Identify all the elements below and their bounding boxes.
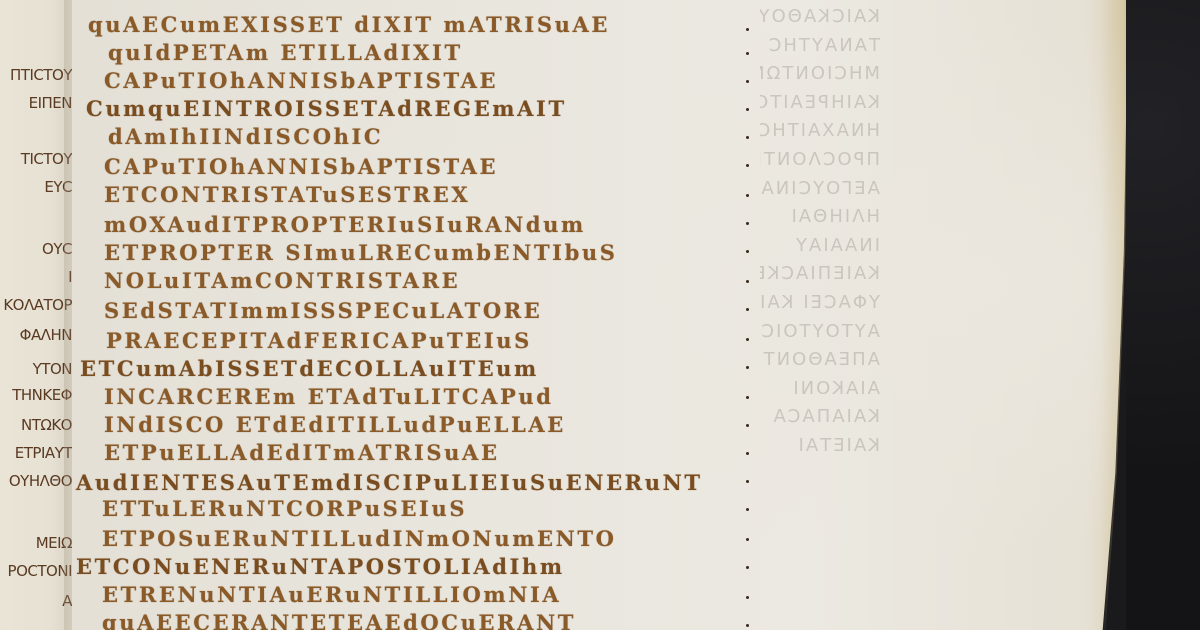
punctuation-dot [746,222,749,225]
greek-fragment: ΕΤΡΙΑΥΤ [0,444,72,462]
punctuation-dot [746,452,749,455]
manuscript-line: ETPuELLAdEdITmATRISuAE [104,440,500,465]
greek-fragment: ΜΕΙΩ [0,534,72,552]
latin-text-column: quAECumEXISSET dIXIT mATRISuAEquIdPETAm … [72,0,832,630]
punctuation-dot [746,108,749,111]
greek-fragment: ΕΙΠΕΝ [0,94,72,112]
greek-fragment: ΥΤΟΝ [0,360,72,378]
punctuation-dot [746,480,749,483]
manuscript-line: CAPuTIOhANNISbAPTISTAE [104,68,498,93]
punctuation-dot [746,136,749,139]
manuscript-line: INdISCO ETdEdITILLudPuELLAE [104,412,566,437]
greek-fragment: ΤΙCΤΟΥ [0,150,72,168]
punctuation-dot [746,566,749,569]
manuscript-line: PRAECEPITAdFERICAPuTEIuS [106,328,532,353]
punctuation-dot [746,80,749,83]
punctuation-dot [746,52,749,55]
manuscript-line: mOXAudITPROPTERIuSIuRANdum [104,212,586,237]
greek-fragment: ΟΥC [0,240,72,258]
punctuation-dot [746,164,749,167]
facing-page-greek: ΠΤΙCΤΟΥΕΙΠΕΝΤΙCΤΟΥΕΥCΟΥCΙΚΟΛΑΤΟΡΦΑΛΗΝΥΤΟ… [0,0,72,630]
manuscript-line: SEdSTATImmISSSPECuLATORE [104,298,542,323]
manuscript-line: ETRENuNTIAuERuNTILLIOmNIA [102,582,561,607]
manuscript-line: ETPROPTER SImuLRECumbENTIbuS [104,240,618,265]
manuscript-line-initial: CumquEINTROISSETAdREGEmAIT [86,96,567,121]
punctuation-dot [746,366,749,369]
manuscript-line: quAECumEXISSET dIXIT mATRISuAE [88,12,610,37]
punctuation-dot [746,396,749,399]
punctuation-dot [746,338,749,341]
dark-backdrop [1126,0,1200,630]
greek-fragment: ΕΥC [0,178,72,196]
greek-fragment: ΤΗΝΚΕΦ [0,386,72,404]
greek-fragment: ΚΟΛΑΤΟΡ [0,296,72,314]
manuscript-line: CAPuTIOhANNISbAPTISTAE [104,154,498,179]
punctuation-dot [746,308,749,311]
greek-fragment: ΡΟCΤΟΝΙ [0,562,72,580]
punctuation-dot [746,280,749,283]
greek-fragment: ΟΥΗΛΘΟ [0,472,72,490]
manuscript-line: INCARCEREm ETAdTuLITCAPud [104,384,554,409]
punctuation-dot [746,28,749,31]
punctuation-dot [746,194,749,197]
manuscript-line: quIdPETAm ETILLAdIXIT [108,40,463,65]
punctuation-dot [746,424,749,427]
manuscript-line-initial: ETCumAbISSETdECOLLAuITEum [80,356,539,381]
punctuation-dot [746,596,749,599]
greek-fragment: Ι [0,268,72,286]
manuscript-line: NOLuITAmCONTRISTARE [104,268,460,293]
manuscript-line: ETPOSuERuNTILLudINmONumENTO [102,526,617,551]
greek-fragment: ΦΑΛΗΝ [0,326,72,344]
manuscript-line: dAmIhIINdISCOhIC [108,124,383,149]
manuscript-line: ETCONTRISTATuSESTREX [104,182,470,207]
punctuation-dot [746,624,749,627]
greek-fragment: Α [0,592,72,610]
greek-fragment: ΠΤΙCΤΟΥ [0,66,72,84]
manuscript-line-initial: ETCONuENERuNTAPOSTOLIAdIhm [76,554,565,579]
punctuation-dot [746,538,749,541]
manuscript-line-initial: AudIENTESAuTEmdISCIPuLIEIuSuENERuNT [76,470,703,495]
manuscript-photo: ΠΤΙCΤΟΥΕΙΠΕΝΤΙCΤΟΥΕΥCΟΥCΙΚΟΛΑΤΟΡΦΑΛΗΝΥΤΟ… [0,0,1200,630]
punctuation-dot [746,250,749,253]
manuscript-line: ETTuLERuNTCORPuSEIuS [102,496,467,521]
page-edge-stain [1100,0,1128,630]
manuscript-line: quAEECERANTETEAEdOCuERANT [102,610,576,630]
punctuation-dot [746,508,749,511]
greek-fragment: ΝΤΩΚΟ [0,416,72,434]
